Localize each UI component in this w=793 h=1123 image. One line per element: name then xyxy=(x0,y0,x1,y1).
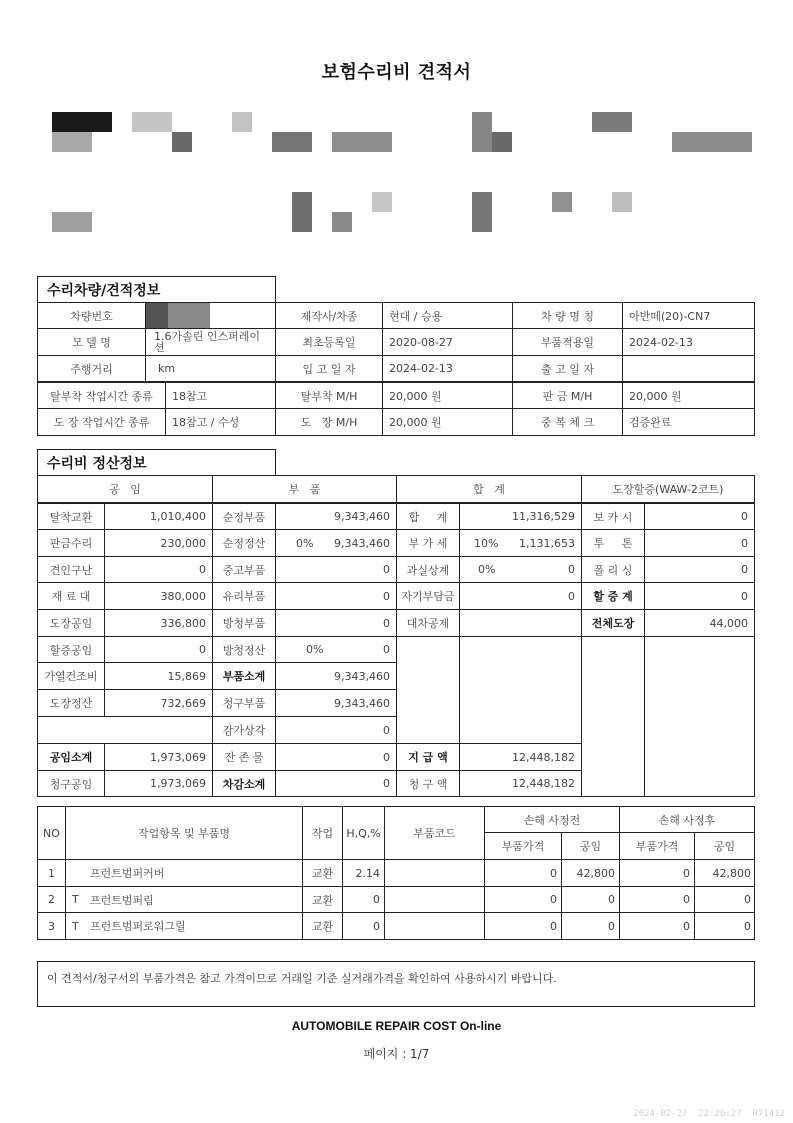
row-item-name: 프런트범퍼림 xyxy=(90,892,154,908)
labor-empty-row xyxy=(37,716,213,744)
row-no: 2 xyxy=(37,886,66,913)
label-maker: 제작사/차종 xyxy=(275,302,383,329)
row-after-labor: 42,800 xyxy=(694,859,755,887)
print-timestamp: 2024-02-27 22:26:27 R71412 xyxy=(633,1109,785,1119)
label-mileage: 주행거리 xyxy=(37,355,146,382)
parts-value: 0 xyxy=(275,556,397,583)
value-vehicle-name: 아반떼(20)-CN7 xyxy=(622,302,755,329)
parts-label: 중고부품 xyxy=(212,556,276,583)
paint-label: 폴 리 싱 xyxy=(581,556,645,583)
labor-value: 380,000 xyxy=(104,582,213,610)
label-vehicle-name: 차 량 명 칭 xyxy=(512,302,623,329)
claim-amount-label: 청 구 액 xyxy=(396,770,460,797)
value-release-date xyxy=(622,355,755,382)
row-before-part: 0 xyxy=(484,886,562,913)
value-plate-number xyxy=(145,302,276,329)
vehicle-section-heading: 수리차량/견적정보 xyxy=(37,276,276,303)
totals-value: 11,316,529 xyxy=(459,502,582,530)
col-header-before-labor: 공임 xyxy=(561,832,620,860)
row-hq: 2.14 xyxy=(342,859,385,887)
col-header-after-labor: 공임 xyxy=(694,832,755,860)
labor-label: 판금수리 xyxy=(37,529,105,557)
row-flag: T xyxy=(72,920,90,933)
totals-label: 부 가 세 xyxy=(396,529,460,557)
labor-label: 할증공임 xyxy=(37,636,105,663)
parts-value: 9,343,460 xyxy=(275,502,397,530)
fault-pct: 0% xyxy=(466,563,495,576)
value-duplicate-check: 검증완료 xyxy=(622,408,755,436)
row-before-part: 0 xyxy=(484,912,562,940)
value-paint-mh: 20,000 원 xyxy=(382,408,513,436)
row-after-part: 0 xyxy=(619,859,695,887)
row-hq: 0 xyxy=(342,912,385,940)
value-parts-applied-date: 2024-02-13 xyxy=(622,328,755,356)
vat-amount: 1,131,653 xyxy=(519,537,575,550)
row-item: T 프런트범퍼림 xyxy=(65,886,303,913)
totals-blank-left xyxy=(396,636,460,744)
value-first-registration: 2020-08-27 xyxy=(382,328,513,356)
labor-value: 1,010,400 xyxy=(104,502,213,530)
parts-subtotal-value: 9,343,460 xyxy=(275,662,397,690)
settlement-section-heading: 수리비 정산정보 xyxy=(37,449,276,476)
header-labor: 공 임 xyxy=(37,475,213,503)
parts-subtotal-label: 부품소계 xyxy=(212,662,276,690)
col-header-before-part-price: 부품가격 xyxy=(484,832,562,860)
paint-label: 보 카 시 xyxy=(581,502,645,530)
header-paint-surcharge: 도장할증(WAW-2코트) xyxy=(581,475,755,503)
value-detach-mh: 20,000 원 xyxy=(382,381,513,409)
row-no: 1 xyxy=(37,859,66,887)
labor-value: 230,000 xyxy=(104,529,213,557)
col-header-after-adjust: 손해 사정후 xyxy=(619,806,755,833)
row-work: 교환 xyxy=(302,886,343,913)
footer-brand: AUTOMOBILE REPAIR COST On-line xyxy=(0,1019,793,1033)
parts-pct: 0% xyxy=(282,643,323,656)
col-header-hq: H,Q,% xyxy=(342,806,385,860)
parts-pct: 0% xyxy=(282,537,313,550)
labor-label: 견인구난 xyxy=(37,556,105,583)
row-hq: 0 xyxy=(342,886,385,913)
totals-label: 자기부담금 xyxy=(396,582,460,610)
paint-value: 0 xyxy=(644,556,755,583)
parts-label: 감가상각 xyxy=(212,716,276,744)
col-header-item: 작업항목 및 부품명 xyxy=(65,806,303,860)
label-duplicate-check: 중 복 체 크 xyxy=(512,408,623,436)
row-before-labor: 42,800 xyxy=(561,859,620,887)
value-sheetmetal-mh: 20,000 원 xyxy=(622,381,755,409)
vat-pct: 10% xyxy=(466,537,498,550)
row-item-name: 프런트범퍼로워그릴 xyxy=(90,918,186,934)
col-header-work: 작업 xyxy=(302,806,343,860)
header-parts: 부 품 xyxy=(212,475,397,503)
row-part-code xyxy=(384,912,485,940)
row-no: 3 xyxy=(37,912,66,940)
row-part-code xyxy=(384,886,485,913)
price-disclaimer-note: 이 견적서/청구서의 부품가격은 참고 가격이므로 거래일 기준 실거래가격을 … xyxy=(37,961,755,1007)
labor-label: 도장정산 xyxy=(37,689,105,717)
parts-label: 잔 존 물 xyxy=(212,743,276,771)
totals-label: 대차공제 xyxy=(396,609,460,637)
row-after-part: 0 xyxy=(619,912,695,940)
value-paint-work-type: 18참고 / 수성 xyxy=(165,408,276,436)
plate-redaction xyxy=(146,303,168,328)
labor-subtotal-value: 1,973,069 xyxy=(104,743,213,771)
row-work: 교환 xyxy=(302,859,343,887)
parts-value: 0 xyxy=(275,582,397,610)
parts-value: 0%9,343,460 xyxy=(275,529,397,557)
label-entry-date: 입 고 일 자 xyxy=(275,355,383,382)
paint-label: 투 톤 xyxy=(581,529,645,557)
parts-value: 9,343,460 xyxy=(275,689,397,717)
paint-surcharge-total-value: 0 xyxy=(644,582,755,610)
labor-subtotal-label: 공임소계 xyxy=(37,743,105,771)
label-paint-work-type: 도 장 작업시간 종류 xyxy=(37,408,166,436)
value-maker: 현대 / 승용 xyxy=(382,302,513,329)
value-entry-date: 2024-02-13 xyxy=(382,355,513,382)
paint-value: 0 xyxy=(644,502,755,530)
labor-label: 가열건조비 xyxy=(37,662,105,690)
page-indicator: 페이지 : 1/7 xyxy=(0,1045,793,1062)
row-item: T 프런트범퍼로워그릴 xyxy=(65,912,303,940)
labor-value: 0 xyxy=(104,556,213,583)
labor-label: 재 료 대 xyxy=(37,582,105,610)
col-header-after-part-price: 부품가격 xyxy=(619,832,695,860)
parts-label: 순정정산 xyxy=(212,529,276,557)
paint-blank-left xyxy=(581,636,645,797)
label-parts-applied-date: 부품적용일 xyxy=(512,328,623,356)
paint-blank-right xyxy=(644,636,755,797)
row-after-labor: 0 xyxy=(694,912,755,940)
totals-label: 과실상계 xyxy=(396,556,460,583)
totals-value: 10%1,131,653 xyxy=(459,529,582,557)
label-sheetmetal-mh: 판 금 M/H xyxy=(512,381,623,409)
redacted-header-info xyxy=(50,110,760,250)
parts-label: 유리부품 xyxy=(212,582,276,610)
plate-redaction xyxy=(168,303,210,328)
parts-value: 0%0 xyxy=(275,636,397,663)
label-detach-mh: 탈부착 M/H xyxy=(275,381,383,409)
labor-value: 0 xyxy=(104,636,213,663)
labor-claimed-label: 청구공임 xyxy=(37,770,105,797)
parts-amount: 0 xyxy=(383,643,390,656)
row-flag: T xyxy=(72,893,90,906)
row-before-part: 0 xyxy=(484,859,562,887)
totals-label: 합 계 xyxy=(396,502,460,530)
document-title: 보험수리비 견적서 xyxy=(0,58,793,84)
labor-value: 336,800 xyxy=(104,609,213,637)
parts-amount: 9,343,460 xyxy=(334,537,390,550)
col-header-no: NO xyxy=(37,806,66,860)
parts-label: 방청부품 xyxy=(212,609,276,637)
label-first-registration: 최초등록일 xyxy=(275,328,383,356)
row-before-labor: 0 xyxy=(561,912,620,940)
claim-amount-value: 12,448,182 xyxy=(459,770,582,797)
labor-claimed-value: 1,973,069 xyxy=(104,770,213,797)
label-paint-mh: 도 장 M/H xyxy=(275,408,383,436)
parts-label: 순정부품 xyxy=(212,502,276,530)
value-model: 1.6가솔린 인스퍼레이션 xyxy=(145,328,276,356)
row-before-labor: 0 xyxy=(561,886,620,913)
deduction-subtotal-value: 0 xyxy=(275,770,397,797)
full-paint-value: 44,000 xyxy=(644,609,755,637)
labor-value: 732,669 xyxy=(104,689,213,717)
full-paint-label: 전체도장 xyxy=(581,609,645,637)
header-totals: 합 계 xyxy=(396,475,582,503)
labor-label: 탈착교환 xyxy=(37,502,105,530)
row-work: 교환 xyxy=(302,912,343,940)
deduction-subtotal-label: 차감소계 xyxy=(212,770,276,797)
payment-amount-value: 12,448,182 xyxy=(459,743,582,771)
fault-amount: 0 xyxy=(568,563,575,576)
label-model: 모 델 명 xyxy=(37,328,146,356)
col-header-part-code: 부품코드 xyxy=(384,806,485,860)
parts-value: 0 xyxy=(275,716,397,744)
parts-value: 0 xyxy=(275,609,397,637)
value-mileage: km xyxy=(145,355,276,382)
paint-surcharge-total-label: 할 증 계 xyxy=(581,582,645,610)
totals-value xyxy=(459,609,582,637)
payment-amount-label: 지 급 액 xyxy=(396,743,460,771)
totals-value: 0%0 xyxy=(459,556,582,583)
labor-value: 15,869 xyxy=(104,662,213,690)
parts-label: 청구부품 xyxy=(212,689,276,717)
row-part-code xyxy=(384,859,485,887)
parts-value: 0 xyxy=(275,743,397,771)
labor-label: 도장공임 xyxy=(37,609,105,637)
row-item-name: 프런트범퍼커버 xyxy=(90,865,164,881)
totals-blank-right xyxy=(459,636,582,744)
parts-label: 방청정산 xyxy=(212,636,276,663)
row-item: 프런트범퍼커버 xyxy=(65,859,303,887)
col-header-before-adjust: 손해 사정전 xyxy=(484,806,620,833)
paint-value: 0 xyxy=(644,529,755,557)
label-release-date: 출 고 일 자 xyxy=(512,355,623,382)
totals-value: 0 xyxy=(459,582,582,610)
row-after-labor: 0 xyxy=(694,886,755,913)
row-after-part: 0 xyxy=(619,886,695,913)
label-detach-work-type: 탈부착 작업시간 종류 xyxy=(37,381,166,409)
label-plate-number: 차량번호 xyxy=(37,302,146,329)
value-detach-work-type: 18참고 xyxy=(165,381,276,409)
